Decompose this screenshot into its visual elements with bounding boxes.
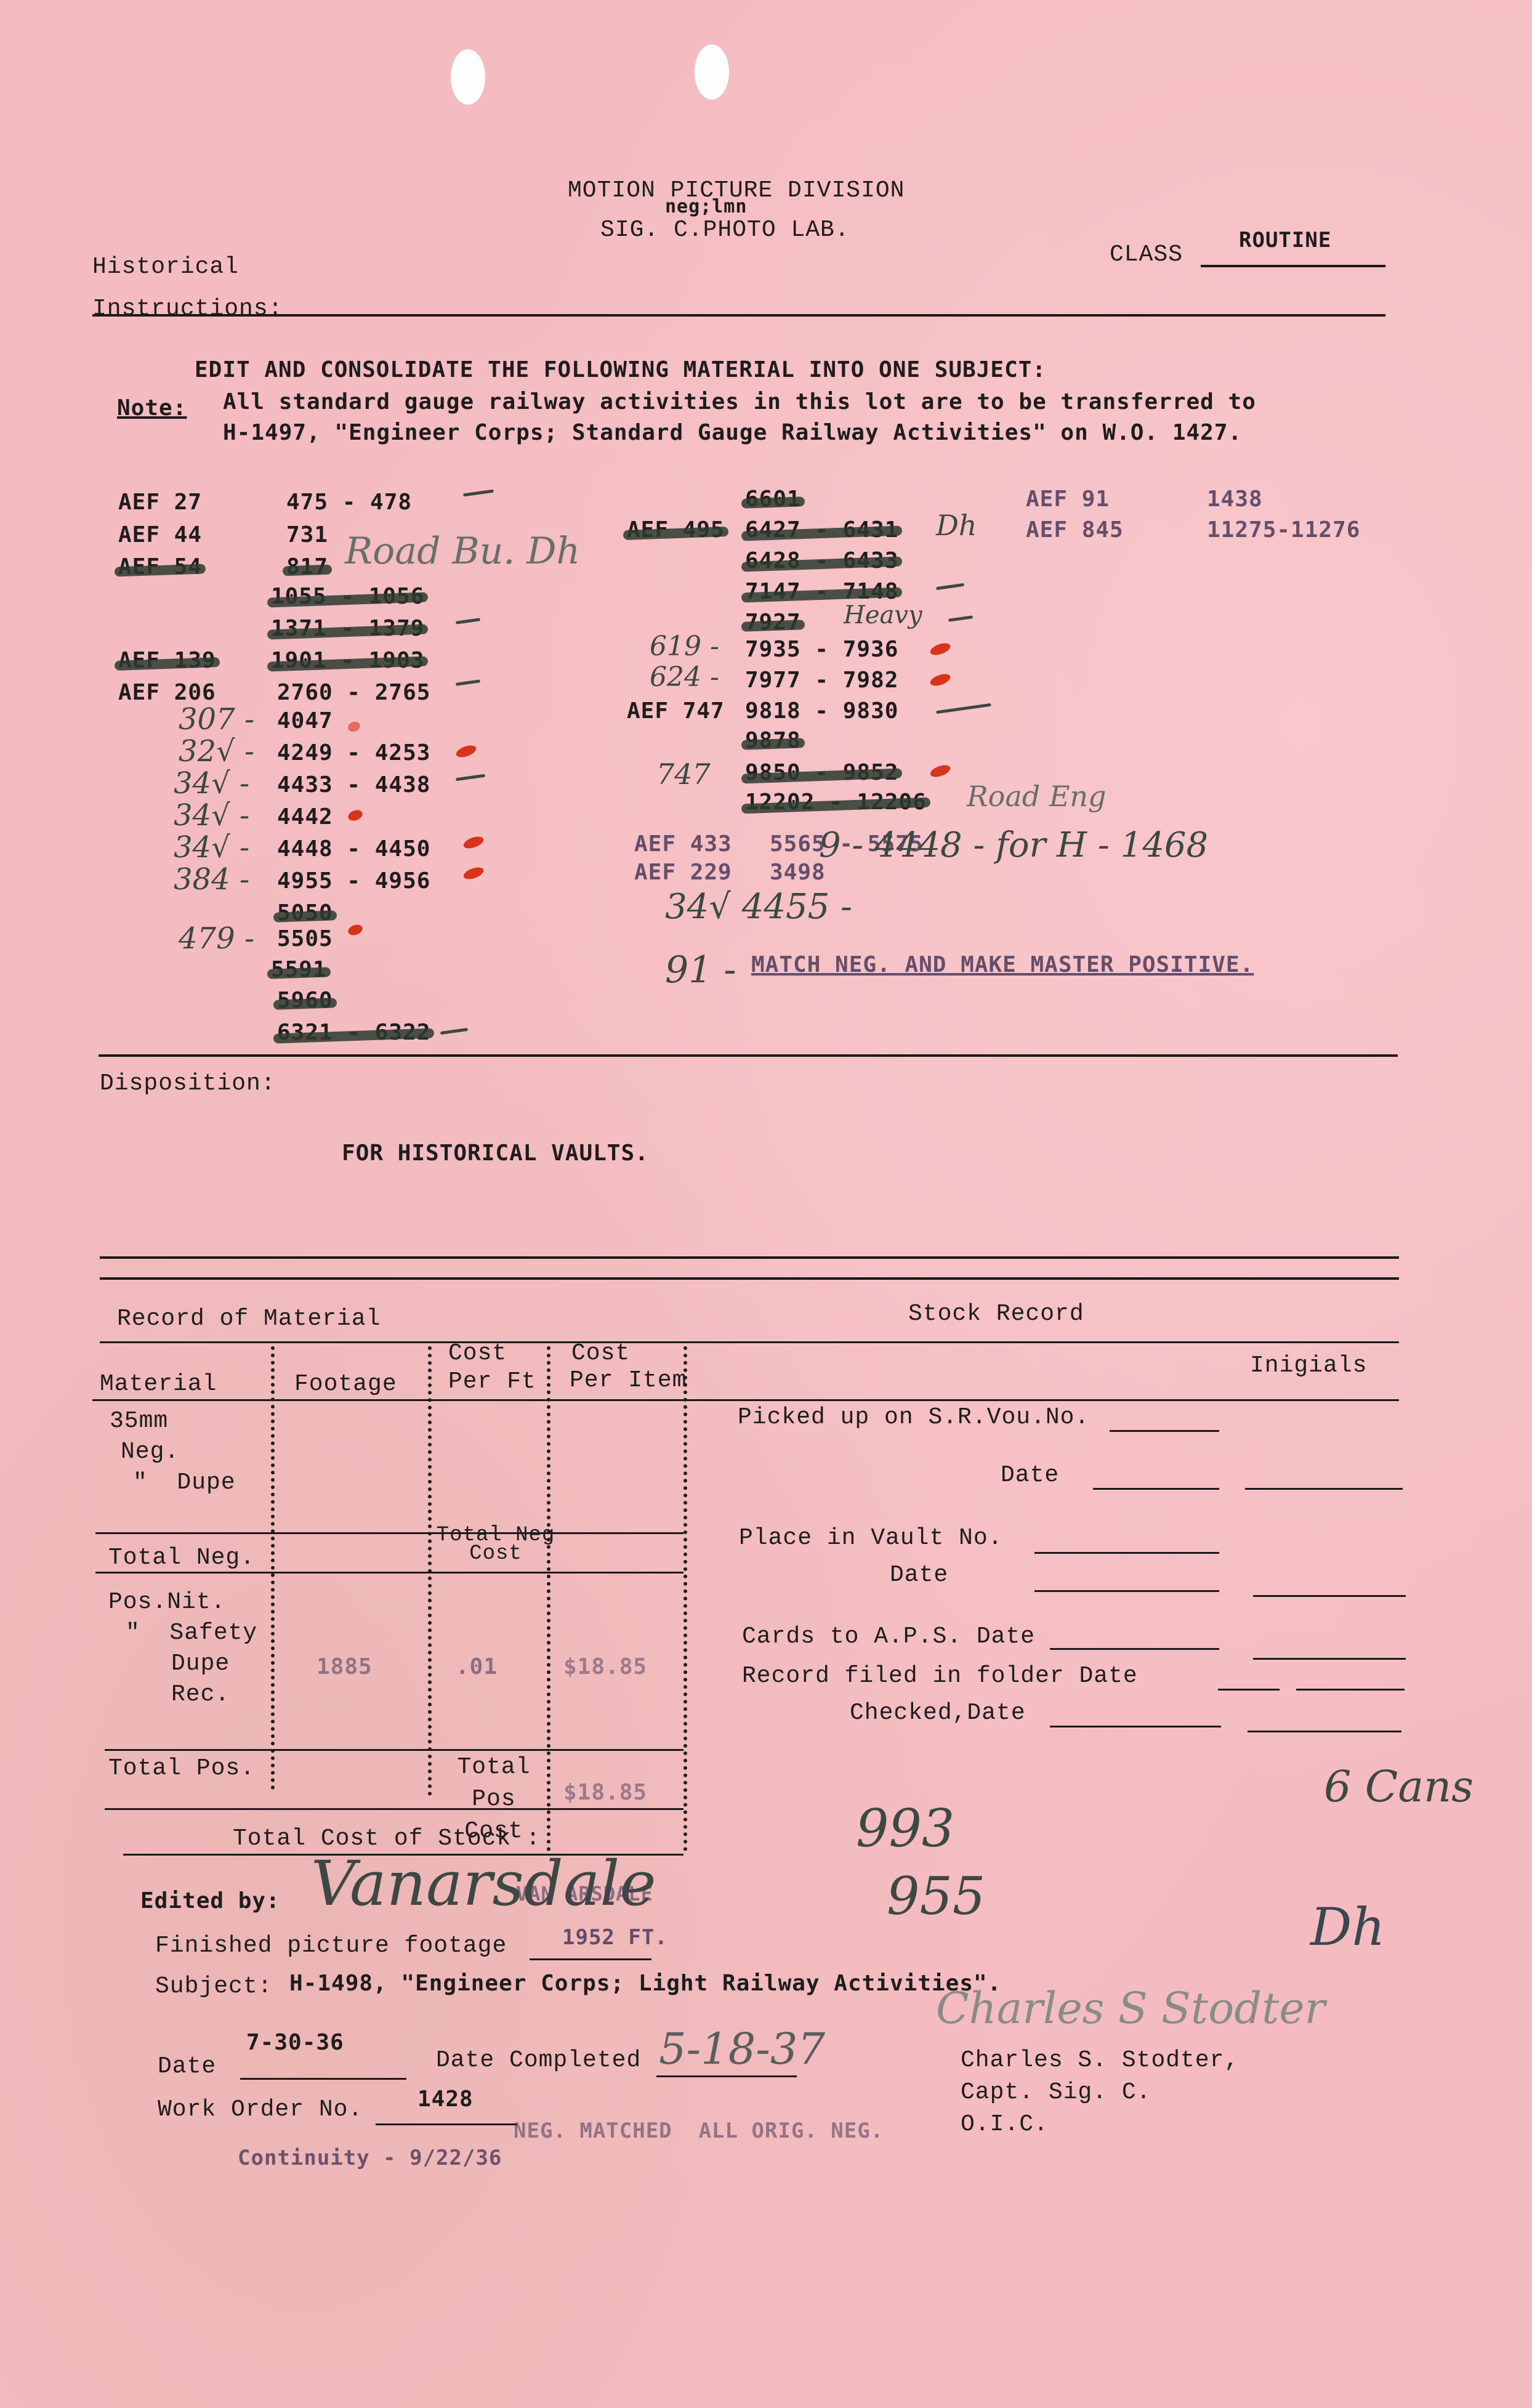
red-crayon-mark [347, 720, 361, 733]
dupe-cost-per-item-value: $18.85 [563, 1654, 647, 1679]
aef-label: AEF 206 [118, 680, 216, 705]
pencil-tick [936, 583, 964, 590]
handwritten-count: 955 [887, 1866, 985, 1926]
aef-range: 731 [286, 522, 328, 547]
red-crayon-mark [929, 641, 951, 658]
date-completed-value: 5-18-37 [659, 2024, 825, 2074]
col-per-ft-header: Per Ft [448, 1368, 536, 1395]
document-page: MOTION PICTURE DIVISION neg;lmn SIG. C.P… [0, 0, 1532, 2408]
handwritten-cans: 6 Cans [1324, 1761, 1474, 1812]
aef-label: AEF 44 [118, 522, 202, 547]
instructions-label: Instructions: [92, 296, 283, 322]
pos-row-label: Pos.Nit. [108, 1589, 225, 1615]
punch-hole-left [451, 49, 485, 105]
aef-label: AEF 229 [634, 860, 732, 885]
column-separator [271, 1346, 280, 1790]
red-crayon-mark [454, 743, 477, 760]
instructions-rule [92, 314, 1385, 317]
handwritten-note: Road Bu. Dh [345, 530, 580, 573]
aef-range: 4249 - 4253 [277, 740, 430, 766]
finished-footage-field[interactable] [530, 1958, 651, 1960]
handwritten-note: 307 - [179, 702, 254, 737]
subject-label: Subject: [155, 1973, 272, 2000]
aef-range: 4442 [277, 804, 333, 830]
red-crayon-mark [347, 808, 364, 822]
handwritten-initials: Dh [1310, 1897, 1385, 1957]
disposition-rule-2 [100, 1277, 1399, 1280]
total-pos-label: Total Pos. [108, 1755, 255, 1782]
pencil-tick [936, 703, 991, 714]
record-filed-date-field[interactable] [1218, 1689, 1280, 1691]
signatory-name: Charles S. Stodter, [961, 2047, 1239, 2074]
punch-hole-right [695, 44, 729, 100]
handwritten-note: Heavy [844, 601, 922, 629]
date-value: 7-30-36 [246, 2030, 344, 2055]
signatory-role: O.I.C. [961, 2111, 1049, 2138]
note-line-1: All standard gauge railway activities in… [223, 389, 1256, 414]
aef-range: 6321 - 6322 [277, 1020, 430, 1045]
cards-label: Cards to A.P.S. Date [742, 1623, 1035, 1650]
subject-value: H-1498, "Engineer Corps; Light Railway A… [289, 1971, 1001, 1996]
aef-range: 1438 [1207, 487, 1263, 512]
instructions-heading: EDIT AND CONSOLIDATE THE FOLLOWING MATER… [195, 357, 1046, 382]
aef-range: 6427 - 6431 [745, 517, 898, 543]
aef-range: 6428 - 6433 [745, 548, 898, 573]
disposition-label: Disposition: [100, 1070, 276, 1097]
historical-label: Historical [92, 254, 239, 280]
note-line-2: H-1497, "Engineer Corps; Standard Gauge … [223, 420, 1242, 445]
aef-range: 7147 - 7148 [745, 579, 898, 604]
match-neg-instruction: MATCH NEG. AND MAKE MASTER POSITIVE. [751, 952, 1254, 977]
total-neg-label: Total Neg. [108, 1545, 255, 1571]
aef-range: 4047 [277, 708, 333, 733]
red-crayon-mark [462, 834, 485, 851]
red-crayon-mark [929, 672, 951, 689]
aef-range: 7977 - 7982 [745, 668, 898, 693]
aef-range: 4955 - 4956 [277, 868, 430, 894]
pencil-tick [456, 774, 485, 782]
dupe-footage-value: 1885 [316, 1654, 373, 1679]
pencil-tick [456, 618, 480, 624]
record-header-rule-top [100, 1341, 1399, 1343]
col-material-header: Material [100, 1371, 217, 1397]
work-order-field[interactable] [376, 2123, 517, 2125]
handwritten-note: 9 - 4448 - for H - 1468 [819, 825, 1208, 865]
handwritten-note: 91 - [665, 948, 736, 992]
aef-range: 5591 [271, 957, 327, 982]
neg-row-label: 35mm [110, 1408, 168, 1434]
aef-range: 7927 [745, 610, 801, 635]
aef-range: 9850 - 9852 [745, 760, 898, 785]
material-section-rule [99, 1054, 1398, 1057]
aef-range: 5505 [277, 926, 333, 951]
handwritten-note: 747 [656, 758, 711, 791]
record-of-material-title: Record of Material [117, 1306, 381, 1332]
pos-row-label: " Safety [126, 1620, 257, 1646]
signatory-signature: Charles S Stodter [936, 1983, 1325, 2034]
pencil-tick [456, 679, 480, 686]
vault-field[interactable] [1034, 1552, 1219, 1554]
handwritten-note: 34√ - [174, 766, 249, 801]
pencil-tick [463, 490, 494, 497]
aef-range: 5960 [277, 988, 333, 1013]
date-field[interactable] [240, 2078, 406, 2080]
aef-range: 4433 - 4438 [277, 772, 430, 798]
aef-label: AEF 54 [118, 554, 202, 580]
column-separator [428, 1346, 437, 1796]
cards-date-field[interactable] [1050, 1648, 1219, 1650]
lab-title: SIG. C.PHOTO LAB. [600, 217, 850, 243]
aef-range: 817 [286, 554, 328, 580]
handwritten-note: 34√ 4455 - [665, 887, 852, 927]
total-neg-rule [95, 1572, 683, 1574]
pickup-date-label: Date [1001, 1462, 1059, 1489]
aef-range: 1055 - 1056 [271, 584, 424, 609]
aef-range: 9878 [745, 728, 801, 753]
handwritten-note: 32√ - [179, 734, 254, 769]
red-crayon-mark [347, 923, 364, 937]
pos-row-label: Dupe [171, 1650, 230, 1677]
total-pos-rule [105, 1808, 683, 1810]
disposition-rule-1 [100, 1256, 1399, 1259]
vault-label: Place in Vault No. [739, 1525, 1002, 1551]
pos-row-label: Rec. [171, 1681, 230, 1708]
red-crayon-mark [462, 865, 485, 882]
col-per-item-header: Per Item [570, 1367, 687, 1394]
date-label: Date [158, 2053, 216, 2080]
aef-range: 4448 - 4450 [277, 836, 430, 862]
class-value: ROUTINE [1239, 228, 1331, 253]
date-completed-label: Date Completed [436, 2047, 641, 2074]
edited-by-label: Edited by: [140, 1888, 280, 1913]
aef-label: AEF 845 [1026, 517, 1124, 543]
handwritten-note: Dh [936, 509, 977, 542]
pickup-initials-field[interactable] [1245, 1488, 1403, 1490]
picked-up-label: Picked up on S.R.Vou.No. [738, 1404, 1089, 1431]
aef-range: 12202 - 12206 [745, 790, 927, 815]
handwritten-note: 624 - [650, 661, 719, 693]
date-completed-field[interactable] [656, 2075, 797, 2077]
aef-range: 9818 - 9830 [745, 698, 898, 724]
total-neg-cost-label: Total Neg Cost [434, 1526, 557, 1563]
handwritten-note: 384 - [174, 862, 249, 897]
work-order-value: 1428 [417, 2087, 474, 2112]
aef-range: 7935 - 7936 [745, 637, 898, 662]
finished-footage-value: 1952 FT. [562, 1925, 668, 1950]
pickup-date-field[interactable] [1093, 1488, 1219, 1490]
aef-label: AEF 139 [118, 648, 216, 673]
pencil-tick [440, 1028, 468, 1035]
record-filed-initials-field[interactable] [1296, 1689, 1405, 1691]
handwritten-note: 34√ - [174, 830, 249, 865]
aef-range: 2760 - 2765 [277, 680, 430, 705]
checked-date-field[interactable] [1050, 1726, 1221, 1727]
aef-range: 475 - 478 [286, 490, 412, 515]
aef-label: AEF 495 [627, 517, 725, 543]
neg-matched-stamp: NEG. MATCHED ALL ORIG. NEG. [514, 2119, 884, 2143]
record-header-rule-bottom [92, 1399, 1399, 1401]
aef-label: AEF 433 [634, 831, 732, 857]
cards-initials-field[interactable] [1253, 1658, 1406, 1660]
checked-initials-field[interactable] [1248, 1731, 1401, 1732]
total-pos-cost-value: $18.85 [563, 1780, 647, 1805]
note-label: Note: [117, 395, 187, 421]
aef-label: AEF 27 [118, 490, 202, 515]
initials-header: Inigials [1250, 1352, 1367, 1379]
editor-stamp: VAN ARSDALE [516, 1882, 653, 1905]
aef-label: AEF 91 [1026, 487, 1110, 512]
picked-up-field[interactable] [1110, 1430, 1219, 1432]
col-cost-header: Cost [448, 1340, 507, 1367]
continuity-stamp: Continuity - 9/22/36 [238, 2146, 502, 2170]
handwritten-count: 993 [856, 1798, 954, 1859]
pencil-tick [948, 615, 973, 622]
col-footage-header: Footage [294, 1371, 397, 1397]
neg-row-label: " Dupe [133, 1469, 236, 1496]
checked-label: Checked,Date [850, 1700, 1026, 1726]
aef-range: 3498 [770, 860, 826, 885]
aef-range: 1901 - 1903 [271, 648, 424, 673]
col-cost-header: Cost [571, 1340, 630, 1367]
aef-range: 6601 [745, 487, 801, 512]
signatory-rank: Capt. Sig. C. [961, 2079, 1151, 2106]
record-filed-label: Record filed in folder Date [742, 1663, 1138, 1689]
aef-range: 5050 [277, 900, 333, 926]
neg-row-label: Neg. [121, 1439, 179, 1465]
class-underline [1201, 265, 1385, 267]
vault-date-field[interactable] [1034, 1590, 1219, 1592]
finished-footage-label: Finished picture footage [155, 1933, 507, 1959]
handwritten-note: 619 - [650, 631, 719, 662]
vault-initials-field[interactable] [1253, 1595, 1406, 1597]
aef-range: 11275-11276 [1207, 517, 1360, 543]
handwritten-note: 479 - [179, 921, 254, 956]
disposition-value: FOR HISTORICAL VAULTS. [342, 1141, 649, 1166]
vault-date-label: Date [890, 1562, 948, 1588]
dupe-cost-per-ft-value: .01 [456, 1654, 498, 1679]
neg-total-rule [95, 1532, 683, 1534]
pos-total-rule [105, 1749, 683, 1751]
column-separator [683, 1346, 692, 1851]
red-crayon-mark [929, 763, 951, 780]
aef-range: 1371 - 1379 [271, 616, 424, 641]
handwritten-note: Road Eng [967, 780, 1106, 813]
handwritten-note: 34√ - [174, 798, 249, 833]
class-label: CLASS [1110, 241, 1183, 268]
aef-label: AEF 747 [627, 698, 725, 724]
division-overtype: neg;lmn [665, 196, 747, 217]
work-order-label: Work Order No. [158, 2096, 363, 2123]
stock-record-title: Stock Record [908, 1301, 1084, 1327]
